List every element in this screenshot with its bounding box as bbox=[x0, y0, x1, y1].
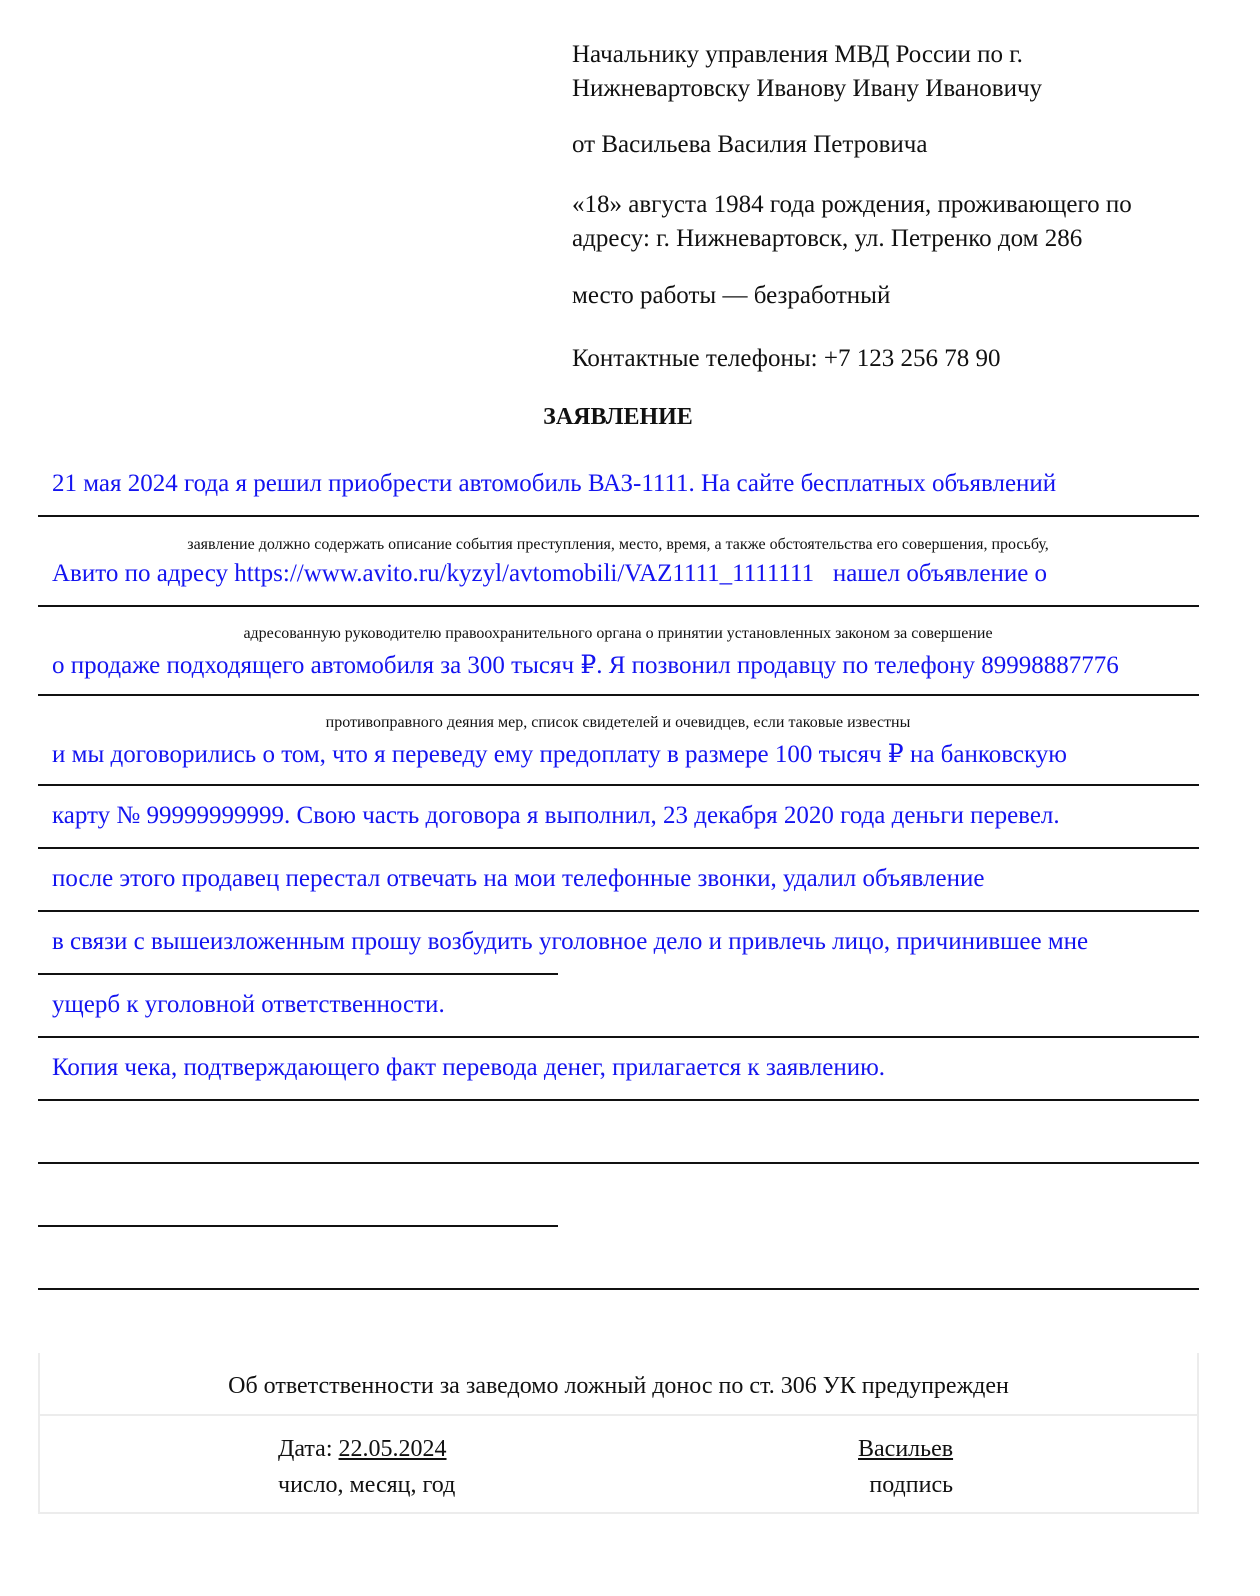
divider bbox=[40, 1414, 1197, 1416]
birth-line-2: адресу: г. Нижневартовск, ул. Петренко д… bbox=[572, 222, 1212, 256]
applicant-name: от Васильева Василия Петровича bbox=[572, 128, 1212, 162]
statement-line: карту № 99999999999. Свою часть договора… bbox=[52, 802, 1060, 830]
date-value: 22.05.2024 bbox=[339, 1436, 447, 1462]
underline-rule bbox=[38, 847, 1199, 849]
statement-line: 21 мая 2024 года я решил приобрести авто… bbox=[52, 470, 1056, 498]
date-caption: число, месяц, год bbox=[278, 1467, 455, 1503]
statement-line: ущерб к уголовной ответственности. bbox=[52, 991, 445, 1019]
birth-line-1: «18» августа 1984 года рождения, прожива… bbox=[572, 188, 1212, 222]
statement-line: Авито по адресу https://www.avito.ru/kyz… bbox=[52, 560, 1047, 588]
false-report-warning: Об ответственности за заведомо ложный до… bbox=[40, 1373, 1197, 1400]
statement-line: о продаже подходящего автомобиля за 300 … bbox=[52, 650, 1119, 680]
statement-line: после этого продавец перестал отвечать н… bbox=[52, 865, 984, 893]
signature-block: Васильев подпись bbox=[858, 1431, 953, 1503]
hint-text: адресованную руководителю правоохранител… bbox=[0, 625, 1236, 643]
liability-acknowledgement: Об ответственности за заведомо ложный до… bbox=[38, 1353, 1199, 1514]
underline-rule bbox=[38, 1162, 1199, 1164]
date-label: Дата: bbox=[278, 1436, 339, 1462]
addressee: Начальнику управления МВД России по г. Н… bbox=[572, 38, 1212, 106]
underline-rule bbox=[38, 605, 1199, 607]
applicant-birth-address: «18» августа 1984 года рождения, прожива… bbox=[572, 188, 1212, 256]
contact-phones: Контактные телефоны: +7 123 256 78 90 bbox=[572, 342, 1212, 376]
underline-rule bbox=[38, 784, 1199, 786]
date-block: Дата: 22.05.2024 число, месяц, год bbox=[278, 1431, 455, 1503]
workplace: место работы — безработный bbox=[572, 279, 1212, 313]
statement-line: Копия чека, подтверждающего факт перевод… bbox=[52, 1054, 885, 1082]
addressee-line-1: Начальнику управления МВД России по г. bbox=[572, 38, 1212, 72]
underline-rule bbox=[38, 1036, 1199, 1038]
underline-rule bbox=[38, 694, 1199, 696]
hint-text: заявление должно содержать описание собы… bbox=[0, 536, 1236, 554]
signature-caption: подпись bbox=[858, 1467, 953, 1503]
statement-line: и мы договорились о том, что я переведу … bbox=[52, 739, 1067, 769]
hint-text: противоправного деяния мер, список свиде… bbox=[0, 714, 1236, 732]
underline-rule bbox=[38, 515, 1199, 517]
document-title: ЗАЯВЛЕНИЕ bbox=[0, 404, 1236, 431]
addressee-line-2: Нижневартовску Иванову Ивану Ивановичу bbox=[572, 72, 1212, 106]
underline-rule bbox=[38, 910, 1199, 912]
signature-value: Васильев bbox=[858, 1431, 953, 1467]
underline-rule bbox=[38, 1225, 558, 1227]
statement-line: в связи с вышеизложенным прошу возбудить… bbox=[52, 928, 1088, 956]
underline-rule bbox=[38, 1288, 1199, 1290]
underline-rule bbox=[38, 1099, 1199, 1101]
underline-rule bbox=[38, 973, 558, 975]
